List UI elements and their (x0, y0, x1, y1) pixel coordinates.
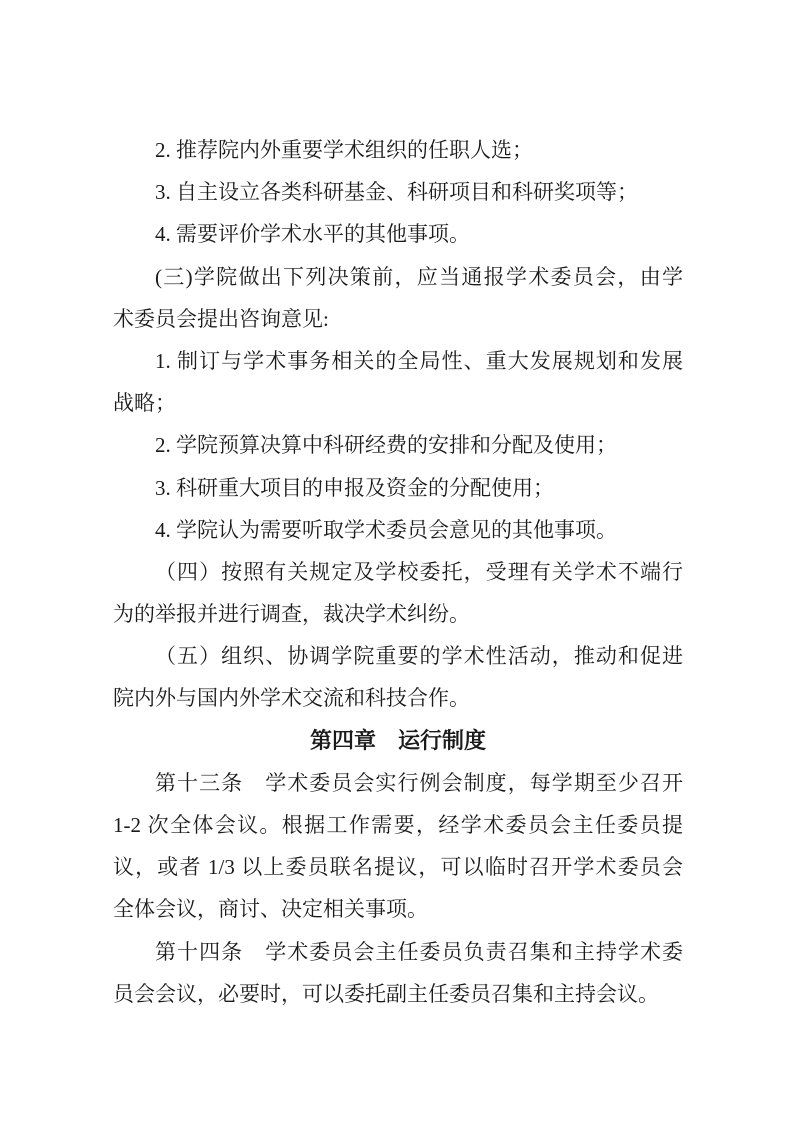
text-line: 2. 学院预算决算中科研经费的安排和分配及使用； (113, 424, 683, 466)
text-line: 全体会议，商讨、决定相关事项。 (113, 888, 683, 930)
text-line: 1-2 次全体会议。根据工作需要，经学术委员会主任委员提 (113, 804, 683, 846)
text-line: 4. 需要评价学术水平的其他事项。 (113, 213, 683, 255)
text-line: 4. 学院认为需要听取学术委员会意见的其他事项。 (113, 509, 683, 551)
document-page: 2. 推荐院内外重要学术组织的任职人选；3. 自主设立各类科研基金、科研项目和科… (0, 0, 793, 1122)
paragraph: 2. 学院预算决算中科研经费的安排和分配及使用； (113, 424, 683, 466)
text-line: 员会会议，必要时，可以委托副主任委员召集和主持会议。 (113, 973, 683, 1015)
text-line: 议，或者 1/3 以上委员联名提议，可以临时召开学术委员会 (113, 846, 683, 888)
text-line: 2. 推荐院内外重要学术组织的任职人选； (113, 129, 683, 171)
chapter-heading: 第四章 运行制度 (113, 720, 683, 762)
text-line: 院内外与国内外学术交流和科技合作。 (113, 677, 683, 719)
text-line: （五）组织、协调学院重要的学术性活动，推动和促进 (113, 635, 683, 677)
text-line: (三)学院做出下列决策前，应当通报学术委员会，由学 (113, 256, 683, 298)
paragraph: 第十三条 学术委员会实行例会制度，每学期至少召开1-2 次全体会议。根据工作需要… (113, 762, 683, 931)
paragraph: （四）按照有关规定及学校委托，受理有关学术不端行为的举报并进行调查，裁决学术纠纷… (113, 551, 683, 635)
text-line: 3. 自主设立各类科研基金、科研项目和科研奖项等； (113, 171, 683, 213)
text-line: 第十三条 学术委员会实行例会制度，每学期至少召开 (113, 762, 683, 804)
text-line: 术委员会提出咨询意见: (113, 298, 683, 340)
paragraph: 3. 科研重大项目的申报及资金的分配使用； (113, 467, 683, 509)
paragraph: 3. 自主设立各类科研基金、科研项目和科研奖项等； (113, 171, 683, 213)
paragraph: 4. 需要评价学术水平的其他事项。 (113, 213, 683, 255)
text-line: 战略； (113, 382, 683, 424)
paragraph: 第十四条 学术委员会主任委员负责召集和主持学术委员会会议，必要时，可以委托副主任… (113, 931, 683, 1015)
paragraph: （五）组织、协调学院重要的学术性活动，推动和促进院内外与国内外学术交流和科技合作… (113, 635, 683, 719)
text-line: 3. 科研重大项目的申报及资金的分配使用； (113, 467, 683, 509)
text-line: （四）按照有关规定及学校委托，受理有关学术不端行 (113, 551, 683, 593)
paragraph: 2. 推荐院内外重要学术组织的任职人选； (113, 129, 683, 171)
document-body: 2. 推荐院内外重要学术组织的任职人选；3. 自主设立各类科研基金、科研项目和科… (113, 129, 683, 1015)
paragraph: 1. 制订与学术事务相关的全局性、重大发展规划和发展战略； (113, 340, 683, 424)
text-line: 第四章 运行制度 (113, 720, 683, 762)
text-line: 1. 制订与学术事务相关的全局性、重大发展规划和发展 (113, 340, 683, 382)
text-line: 为的举报并进行调查，裁决学术纠纷。 (113, 593, 683, 635)
paragraph: 4. 学院认为需要听取学术委员会意见的其他事项。 (113, 509, 683, 551)
text-line: 第十四条 学术委员会主任委员负责召集和主持学术委 (113, 931, 683, 973)
paragraph: (三)学院做出下列决策前，应当通报学术委员会，由学术委员会提出咨询意见: (113, 256, 683, 340)
